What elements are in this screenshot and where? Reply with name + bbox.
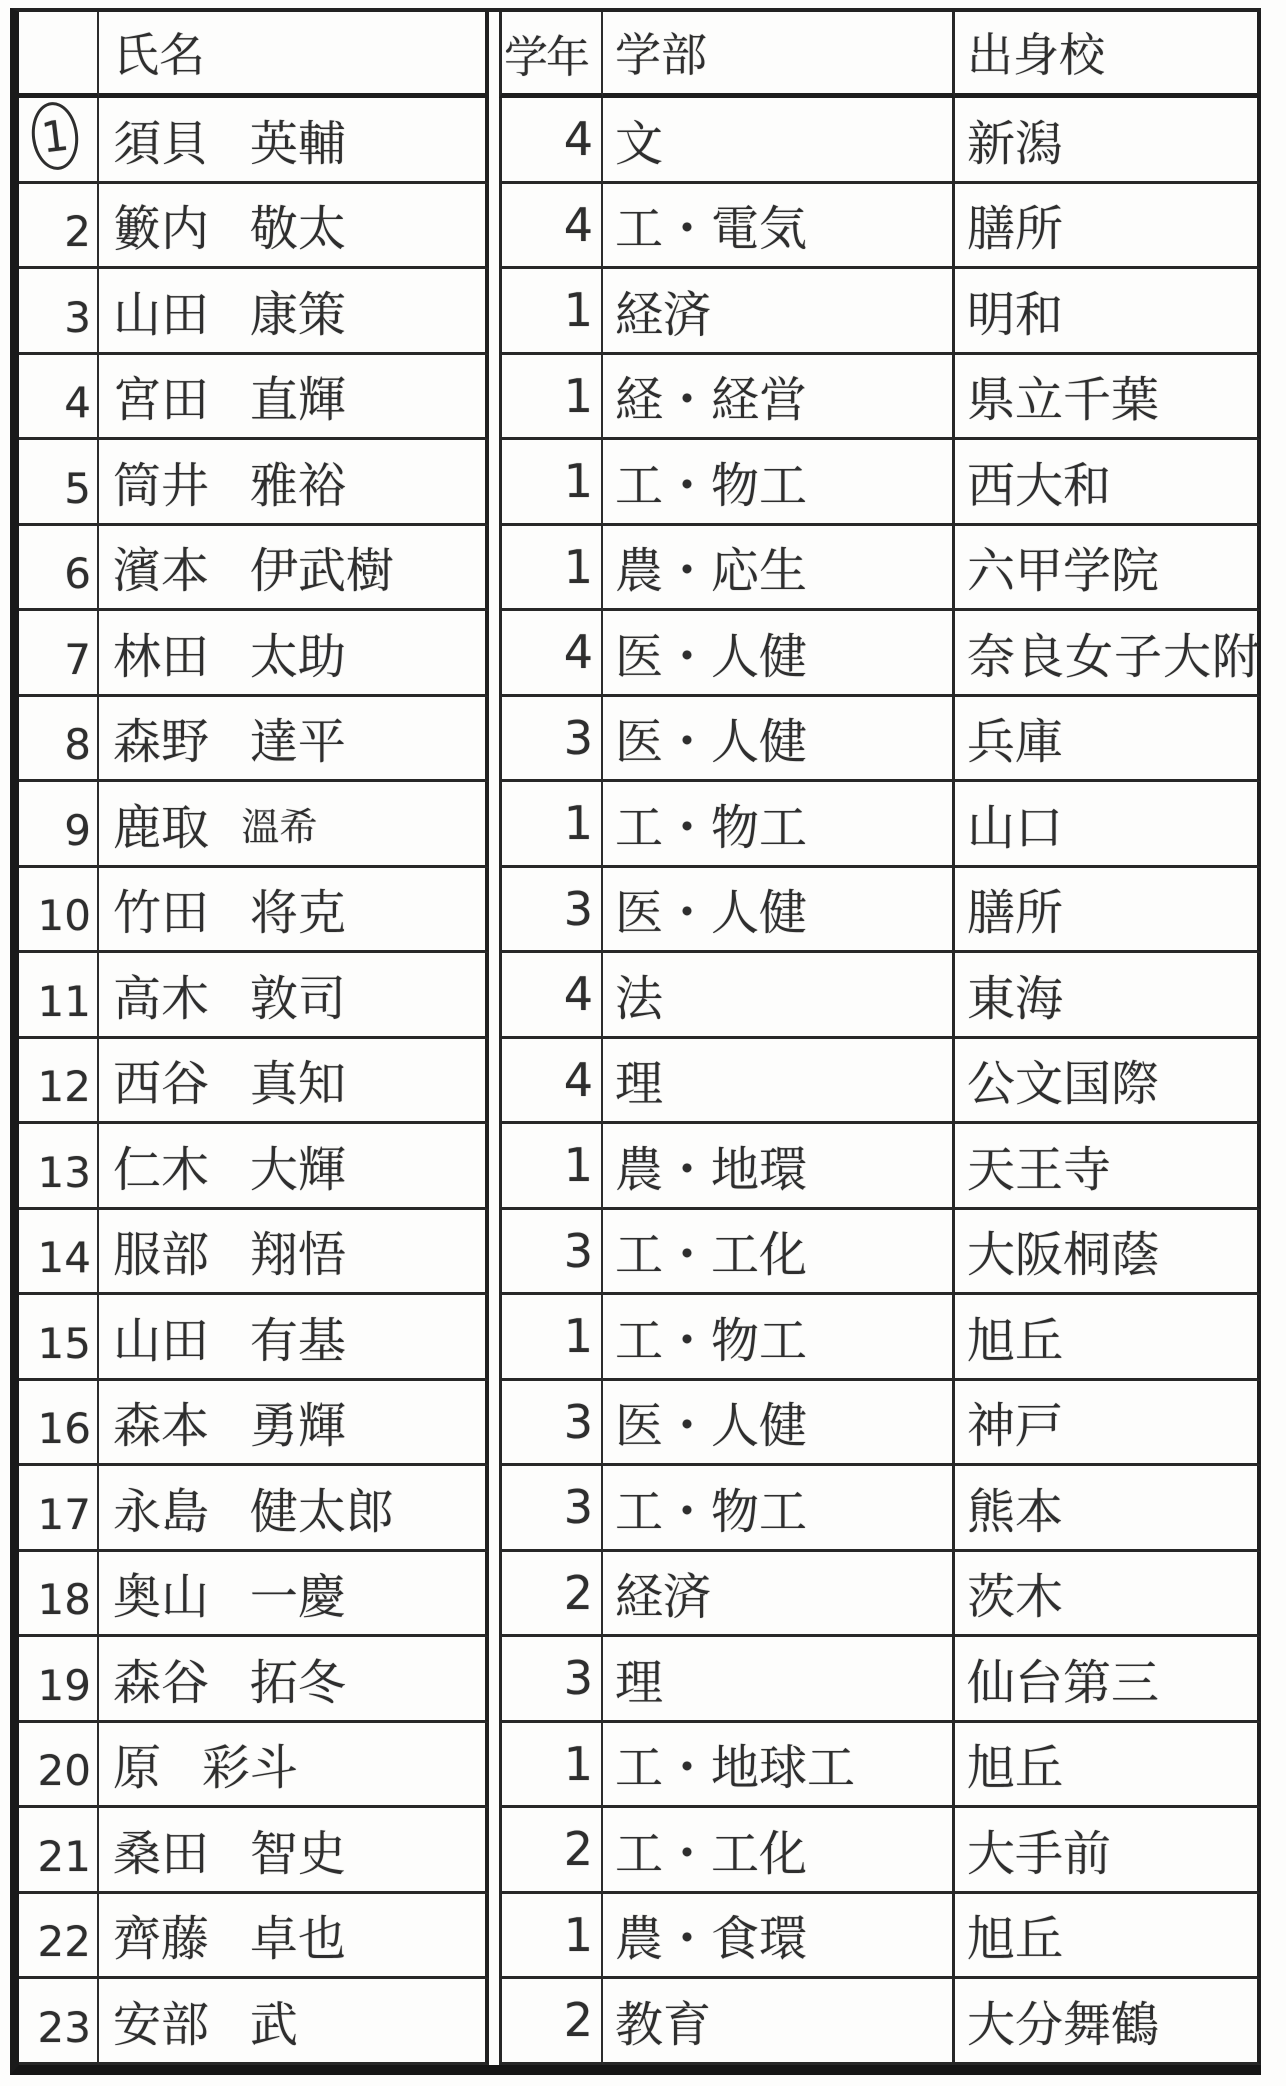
school-cell: 大手前 bbox=[955, 1808, 1261, 1894]
grade-cell: 1 bbox=[499, 269, 603, 355]
header-department-cell: 学部 bbox=[603, 12, 955, 98]
department-cell: 経・経営 bbox=[603, 355, 955, 441]
table-fragment-gap bbox=[489, 269, 499, 355]
row-number: 12 bbox=[38, 1062, 91, 1111]
table-fragment-gap bbox=[489, 98, 499, 184]
circled-number-annotation: 7 bbox=[64, 635, 91, 684]
department-cell: 工・工化 bbox=[603, 1210, 955, 1296]
given-name: 大輝 bbox=[250, 1131, 346, 1200]
department-value: 医・人健 bbox=[615, 1387, 807, 1456]
given-name: 康策 bbox=[250, 276, 346, 345]
table-row: 14 服部翔悟 3 工・工化 大阪桐蔭 bbox=[19, 1210, 1261, 1296]
grade-cell: 4 bbox=[499, 98, 603, 184]
department-cell: 農・地環 bbox=[603, 1124, 955, 1210]
department-value: 農・食環 bbox=[615, 1900, 807, 1969]
department-cell: 工・物工 bbox=[603, 1295, 955, 1381]
row-number: 23 bbox=[38, 2003, 91, 2052]
grade-value: 4 bbox=[564, 198, 593, 252]
grade-value: 4 bbox=[564, 1053, 593, 1107]
table-fragment-gap bbox=[489, 355, 499, 441]
table-row: 23 安部武 2 教育 大分舞鶴 bbox=[19, 1979, 1261, 2065]
school-cell: 山口 bbox=[955, 782, 1261, 868]
school-cell: 旭丘 bbox=[955, 1723, 1261, 1809]
row-number-cell: 23 bbox=[19, 1979, 99, 2065]
table-fragment-gap bbox=[489, 1808, 499, 1894]
department-cell: 理 bbox=[603, 1637, 955, 1723]
grade-value: 3 bbox=[564, 1395, 593, 1449]
grade-value: 2 bbox=[564, 1993, 593, 2047]
table-row: 6 濱本伊武樹 1 農・応生 六甲学院 bbox=[19, 526, 1261, 612]
family-name: 森本 bbox=[113, 1387, 209, 1456]
school-cell: 兵庫 bbox=[955, 697, 1261, 783]
family-name: 籔内 bbox=[113, 190, 209, 259]
name-cell: 林田太助 bbox=[99, 611, 489, 697]
department-value: 工・物工 bbox=[615, 1302, 807, 1371]
table-fragment-gap bbox=[489, 611, 499, 697]
grade-value: 1 bbox=[564, 1138, 593, 1192]
family-name: 桑田 bbox=[113, 1815, 209, 1884]
school-cell: 旭丘 bbox=[955, 1295, 1261, 1381]
table-fragment-gap bbox=[489, 12, 499, 98]
table-row: 13 仁木大輝 1 農・地環 天王寺 bbox=[19, 1124, 1261, 1210]
row-number-cell: 4 bbox=[19, 355, 99, 441]
school-value: 仙台第三 bbox=[967, 1644, 1159, 1713]
given-name: 智史 bbox=[250, 1815, 346, 1884]
name-cell: 安部武 bbox=[99, 1979, 489, 2065]
table-fragment-gap bbox=[489, 1894, 499, 1980]
family-name: 森谷 bbox=[113, 1644, 209, 1713]
table-fragment-gap bbox=[489, 1723, 499, 1809]
row-number-cell: 3 bbox=[19, 269, 99, 355]
department-value: 農・地環 bbox=[615, 1131, 807, 1200]
name-cell: 竹田将克 bbox=[99, 868, 489, 954]
school-value: 旭丘 bbox=[967, 1302, 1063, 1371]
row-number-cell: 14 bbox=[19, 1210, 99, 1296]
family-name: 仁木 bbox=[113, 1131, 209, 1200]
row-number: 6 bbox=[64, 549, 91, 598]
name-cell: 濱本伊武樹 bbox=[99, 526, 489, 612]
row-number: 7 bbox=[64, 635, 91, 684]
grade-value: 1 bbox=[564, 1737, 593, 1791]
department-value: 法 bbox=[615, 960, 663, 1029]
grade-value: 1 bbox=[564, 283, 593, 337]
circled-number-annotation: 13 bbox=[38, 1148, 91, 1197]
family-name: 原 bbox=[113, 1729, 161, 1798]
school-value: 奈良女子大附 bbox=[967, 618, 1261, 687]
circled-number-annotation: 14 bbox=[38, 1233, 91, 1282]
row-number-cell: 10 bbox=[19, 868, 99, 954]
grade-value: 3 bbox=[564, 1480, 593, 1534]
circled-number-annotation: 10 bbox=[38, 891, 91, 940]
circled-number-annotation: 11 bbox=[38, 977, 91, 1026]
circled-number-annotation: 18 bbox=[38, 1575, 91, 1624]
department-value: 工・物工 bbox=[615, 1473, 807, 1542]
grade-cell: 4 bbox=[499, 611, 603, 697]
grade-value: 1 bbox=[564, 540, 593, 594]
department-value: 経済 bbox=[615, 1558, 711, 1627]
table-row: 20 原彩斗 1 工・地球工 旭丘 bbox=[19, 1723, 1261, 1809]
table-row: 22 齊藤卓也 1 農・食環 旭丘 bbox=[19, 1894, 1261, 1980]
table-fragment-gap bbox=[489, 1466, 499, 1552]
row-number-cell: 13 bbox=[19, 1124, 99, 1210]
department-cell: 農・応生 bbox=[603, 526, 955, 612]
department-cell: 教育 bbox=[603, 1979, 955, 2065]
given-name: 卓也 bbox=[250, 1900, 346, 1969]
table-row: 18 奥山一慶 2 経済 茨木 bbox=[19, 1552, 1261, 1638]
given-name: 敬太 bbox=[250, 190, 346, 259]
department-value: 経・経営 bbox=[615, 361, 807, 430]
circled-number-annotation: 6 bbox=[64, 549, 91, 598]
grade-value: 3 bbox=[564, 711, 593, 765]
table-fragment-gap bbox=[489, 184, 499, 270]
row-number-cell: 8 bbox=[19, 697, 99, 783]
grade-cell: 2 bbox=[499, 1552, 603, 1638]
family-name: 服部 bbox=[113, 1216, 209, 1285]
given-name: 伊武樹 bbox=[250, 532, 394, 601]
table-fragment-gap bbox=[489, 697, 499, 783]
table-fragment-gap bbox=[489, 868, 499, 954]
school-value: 茨木 bbox=[967, 1558, 1063, 1627]
school-value: 新潟 bbox=[967, 105, 1063, 174]
family-name: 須貝 bbox=[113, 105, 209, 174]
name-cell: 筒井雅裕 bbox=[99, 440, 489, 526]
row-number: 21 bbox=[38, 1832, 91, 1881]
row-number-cell: 16 bbox=[19, 1381, 99, 1467]
given-name: 真知 bbox=[250, 1045, 346, 1114]
school-value: 大分舞鶴 bbox=[967, 1986, 1159, 2055]
school-cell: 県立千葉 bbox=[955, 355, 1261, 441]
family-name: 山田 bbox=[113, 1302, 209, 1371]
department-value: 工・工化 bbox=[615, 1815, 807, 1884]
table-row: 7 林田太助 4 医・人健 奈良女子大附 bbox=[19, 611, 1261, 697]
school-value: 旭丘 bbox=[967, 1900, 1063, 1969]
name-cell: 永島健太郎 bbox=[99, 1466, 489, 1552]
circled-number-annotation: 1 bbox=[28, 100, 82, 173]
name-cell: 森谷拓冬 bbox=[99, 1637, 489, 1723]
grade-cell: 1 bbox=[499, 1124, 603, 1210]
name-cell: 森本勇輝 bbox=[99, 1381, 489, 1467]
circled-number-annotation: 12 bbox=[38, 1062, 91, 1111]
grade-cell: 1 bbox=[499, 440, 603, 526]
circled-number-annotation: 20 bbox=[38, 1746, 91, 1795]
department-value: 工・電気 bbox=[615, 190, 807, 259]
table-fragment-gap bbox=[489, 526, 499, 612]
school-cell: 神戸 bbox=[955, 1381, 1261, 1467]
row-number: 9 bbox=[64, 806, 91, 855]
row-number: 1 bbox=[39, 110, 72, 162]
row-number: 13 bbox=[38, 1148, 91, 1197]
table-row: 8 森野達平 3 医・人健 兵庫 bbox=[19, 697, 1261, 783]
school-cell: 大阪桐蔭 bbox=[955, 1210, 1261, 1296]
given-name: 健太郎 bbox=[250, 1473, 394, 1542]
row-number-cell: 18 bbox=[19, 1552, 99, 1638]
header-name-label: 氏名 bbox=[113, 19, 205, 85]
name-cell: 高木敦司 bbox=[99, 953, 489, 1039]
circled-number-annotation: 22 bbox=[38, 1917, 91, 1966]
grade-value: 3 bbox=[564, 882, 593, 936]
school-value: 熊本 bbox=[967, 1473, 1063, 1542]
name-cell: 原彩斗 bbox=[99, 1723, 489, 1809]
name-cell: 服部翔悟 bbox=[99, 1210, 489, 1296]
department-value: 医・人健 bbox=[615, 618, 807, 687]
school-cell: 東海 bbox=[955, 953, 1261, 1039]
department-value: 理 bbox=[615, 1045, 663, 1114]
table-row: 16 森本勇輝 3 医・人健 神戸 bbox=[19, 1381, 1261, 1467]
given-name: 一慶 bbox=[250, 1558, 346, 1627]
given-name: 敦司 bbox=[250, 960, 346, 1029]
given-name: 将克 bbox=[250, 874, 346, 943]
grade-cell: 1 bbox=[499, 1894, 603, 1980]
table-row: 11 高木敦司 4 法 東海 bbox=[19, 953, 1261, 1039]
name-cell: 山田有基 bbox=[99, 1295, 489, 1381]
grade-value: 3 bbox=[564, 1224, 593, 1278]
department-cell: 工・物工 bbox=[603, 1466, 955, 1552]
school-value: 県立千葉 bbox=[967, 361, 1159, 430]
family-name: 竹田 bbox=[113, 874, 209, 943]
department-value: 工・工化 bbox=[615, 1216, 807, 1285]
department-cell: 医・人健 bbox=[603, 1381, 955, 1467]
table-row: 19 森谷拓冬 3 理 仙台第三 bbox=[19, 1637, 1261, 1723]
grade-value: 4 bbox=[564, 112, 593, 166]
row-number: 2 bbox=[64, 207, 91, 256]
circled-number-annotation: 15 bbox=[38, 1319, 91, 1368]
header-row: 氏名 学年 学部 出身校 bbox=[19, 12, 1261, 98]
table-row: 3 山田康策 1 経済 明和 bbox=[19, 269, 1261, 355]
school-value: 公文国際 bbox=[967, 1045, 1159, 1114]
given-name: 武 bbox=[250, 1986, 298, 2055]
school-cell: 明和 bbox=[955, 269, 1261, 355]
school-cell: 天王寺 bbox=[955, 1124, 1261, 1210]
given-name: 翔悟 bbox=[250, 1216, 346, 1285]
school-value: 旭丘 bbox=[967, 1729, 1063, 1798]
department-value: 農・応生 bbox=[615, 532, 807, 601]
school-cell: 膳所 bbox=[955, 184, 1261, 270]
name-cell: 齊藤卓也 bbox=[99, 1894, 489, 1980]
name-cell: 西谷真知 bbox=[99, 1039, 489, 1125]
school-value: 膳所 bbox=[967, 874, 1063, 943]
department-value: 工・物工 bbox=[615, 789, 807, 858]
table-fragment-gap bbox=[489, 1295, 499, 1381]
school-value: 大手前 bbox=[967, 1815, 1111, 1884]
table-row: 10 竹田将克 3 医・人健 膳所 bbox=[19, 868, 1261, 954]
grade-cell: 2 bbox=[499, 1808, 603, 1894]
department-cell: 農・食環 bbox=[603, 1894, 955, 1980]
department-cell: 文 bbox=[603, 98, 955, 184]
grade-value: 2 bbox=[564, 1822, 593, 1876]
name-cell: 桑田智史 bbox=[99, 1808, 489, 1894]
department-cell: 工・地球工 bbox=[603, 1723, 955, 1809]
table-row: 12 西谷真知 4 理 公文国際 bbox=[19, 1039, 1261, 1125]
header-number-cell bbox=[19, 12, 99, 98]
table-fragment-gap bbox=[489, 1124, 499, 1210]
department-cell: 経済 bbox=[603, 1552, 955, 1638]
grade-cell: 3 bbox=[499, 1210, 603, 1296]
school-cell: 仙台第三 bbox=[955, 1637, 1261, 1723]
school-cell: 茨木 bbox=[955, 1552, 1261, 1638]
circled-number-annotation: 19 bbox=[38, 1661, 91, 1710]
department-cell: 工・物工 bbox=[603, 440, 955, 526]
row-number-cell: 6 bbox=[19, 526, 99, 612]
table-row: 4 宮田直輝 1 経・経営 県立千葉 bbox=[19, 355, 1261, 441]
given-name: 彩斗 bbox=[202, 1729, 298, 1798]
school-cell: 奈良女子大附 bbox=[955, 611, 1261, 697]
grade-value: 1 bbox=[564, 1309, 593, 1363]
school-cell: 公文国際 bbox=[955, 1039, 1261, 1125]
row-number-cell: 5 bbox=[19, 440, 99, 526]
family-name: 永島 bbox=[113, 1473, 209, 1542]
row-number: 8 bbox=[64, 720, 91, 769]
given-name: 雅裕 bbox=[250, 447, 346, 516]
family-name: 森野 bbox=[113, 703, 209, 772]
school-value: 東海 bbox=[967, 960, 1063, 1029]
row-number: 17 bbox=[38, 1490, 91, 1539]
school-value: 六甲学院 bbox=[967, 532, 1159, 601]
grade-cell: 3 bbox=[499, 1466, 603, 1552]
grade-value: 1 bbox=[564, 454, 593, 508]
table-row: 1 須貝英輔 4 文 新潟 bbox=[19, 98, 1261, 184]
department-cell: 工・工化 bbox=[603, 1808, 955, 1894]
row-number-cell: 20 bbox=[19, 1723, 99, 1809]
school-cell: 大分舞鶴 bbox=[955, 1979, 1261, 2065]
row-number: 16 bbox=[38, 1404, 91, 1453]
family-name: 筒井 bbox=[113, 447, 209, 516]
row-number-cell: 9 bbox=[19, 782, 99, 868]
given-name: 拓冬 bbox=[250, 1644, 346, 1713]
department-value: 理 bbox=[615, 1644, 663, 1713]
table-fragment-gap bbox=[489, 1552, 499, 1638]
department-cell: 医・人健 bbox=[603, 697, 955, 783]
circled-number-annotation: 17 bbox=[38, 1490, 91, 1539]
header-grade-cell: 学年 bbox=[499, 12, 603, 98]
family-name: 山田 bbox=[113, 276, 209, 345]
name-cell: 鹿取溫希 bbox=[99, 782, 489, 868]
row-number-cell: 2 bbox=[19, 184, 99, 270]
department-value: 工・地球工 bbox=[615, 1729, 855, 1798]
school-value: 天王寺 bbox=[967, 1131, 1111, 1200]
family-name: 林田 bbox=[113, 618, 209, 687]
grade-value: 4 bbox=[564, 967, 593, 1021]
school-cell: 六甲学院 bbox=[955, 526, 1261, 612]
row-number: 15 bbox=[38, 1319, 91, 1368]
table-row: 21 桑田智史 2 工・工化 大手前 bbox=[19, 1808, 1261, 1894]
department-cell: 医・人健 bbox=[603, 868, 955, 954]
family-name: 鹿取 bbox=[113, 789, 209, 858]
circled-number-annotation: 3 bbox=[64, 293, 91, 342]
department-value: 医・人健 bbox=[615, 874, 807, 943]
department-value: 工・物工 bbox=[615, 447, 807, 516]
row-number-cell: 19 bbox=[19, 1637, 99, 1723]
family-name: 西谷 bbox=[113, 1045, 209, 1114]
school-cell: 熊本 bbox=[955, 1466, 1261, 1552]
given-name: 直輝 bbox=[250, 361, 346, 430]
family-name: 濱本 bbox=[113, 532, 209, 601]
grade-cell: 3 bbox=[499, 1637, 603, 1723]
school-cell: 膳所 bbox=[955, 868, 1261, 954]
table-row: 15 山田有基 1 工・物工 旭丘 bbox=[19, 1295, 1261, 1381]
grade-cell: 3 bbox=[499, 1381, 603, 1467]
family-name: 高木 bbox=[113, 960, 209, 1029]
name-cell: 宮田直輝 bbox=[99, 355, 489, 441]
name-cell: 山田康策 bbox=[99, 269, 489, 355]
grade-cell: 3 bbox=[499, 697, 603, 783]
name-cell: 須貝英輔 bbox=[99, 98, 489, 184]
roster-table: 氏名 学年 学部 出身校 1 須貝英輔 4 文 新潟 2 籔内敬太 4 工・電気… bbox=[10, 8, 1261, 2075]
school-value: 山口 bbox=[967, 789, 1063, 858]
table-fragment-gap bbox=[489, 1210, 499, 1296]
school-cell: 旭丘 bbox=[955, 1894, 1261, 1980]
row-number: 20 bbox=[38, 1746, 91, 1795]
school-value: 大阪桐蔭 bbox=[967, 1216, 1159, 1285]
department-cell: 理 bbox=[603, 1039, 955, 1125]
family-name: 宮田 bbox=[113, 361, 209, 430]
school-value: 兵庫 bbox=[967, 703, 1063, 772]
row-number-cell: 21 bbox=[19, 1808, 99, 1894]
header-name-cell: 氏名 bbox=[99, 12, 489, 98]
grade-cell: 1 bbox=[499, 782, 603, 868]
row-number: 18 bbox=[38, 1575, 91, 1624]
family-name: 安部 bbox=[113, 1986, 209, 2055]
grade-cell: 2 bbox=[499, 1979, 603, 2065]
name-cell: 奥山一慶 bbox=[99, 1552, 489, 1638]
department-cell: 工・物工 bbox=[603, 782, 955, 868]
given-name: 英輔 bbox=[250, 105, 346, 174]
circled-number-annotation: 23 bbox=[38, 2003, 91, 2052]
grade-value: 1 bbox=[564, 369, 593, 423]
school-value: 神戸 bbox=[967, 1387, 1063, 1456]
department-value: 医・人健 bbox=[615, 703, 807, 772]
row-number: 11 bbox=[38, 977, 91, 1026]
grade-cell: 3 bbox=[499, 868, 603, 954]
given-name: 有基 bbox=[250, 1302, 346, 1371]
row-number: 10 bbox=[38, 891, 91, 940]
row-number: 5 bbox=[64, 464, 91, 513]
row-number: 22 bbox=[38, 1917, 91, 1966]
grade-cell: 4 bbox=[499, 184, 603, 270]
row-number-cell: 11 bbox=[19, 953, 99, 1039]
circled-number-annotation: 8 bbox=[64, 720, 91, 769]
row-number: 4 bbox=[64, 378, 91, 427]
department-cell: 医・人健 bbox=[603, 611, 955, 697]
row-number-cell: 17 bbox=[19, 1466, 99, 1552]
grade-value: 1 bbox=[564, 796, 593, 850]
circled-number-annotation: 5 bbox=[64, 464, 91, 513]
given-name: 達平 bbox=[250, 703, 346, 772]
circled-number-annotation: 21 bbox=[38, 1832, 91, 1881]
given-name: 勇輝 bbox=[250, 1387, 346, 1456]
name-cell: 仁木大輝 bbox=[99, 1124, 489, 1210]
table-row: 5 筒井雅裕 1 工・物工 西大和 bbox=[19, 440, 1261, 526]
circled-number-annotation: 4 bbox=[64, 378, 91, 427]
table-row: 2 籔内敬太 4 工・電気 膳所 bbox=[19, 184, 1261, 270]
school-cell: 新潟 bbox=[955, 98, 1261, 184]
school-value: 西大和 bbox=[967, 447, 1111, 516]
row-number: 14 bbox=[38, 1233, 91, 1282]
table-fragment-gap bbox=[489, 1637, 499, 1723]
circled-number-annotation: 2 bbox=[64, 207, 91, 256]
table-row: 9 鹿取溫希 1 工・物工 山口 bbox=[19, 782, 1261, 868]
row-number-cell: 12 bbox=[19, 1039, 99, 1125]
table-fragment-gap bbox=[489, 440, 499, 526]
header-school-label: 出身校 bbox=[967, 19, 1105, 85]
grade-value: 4 bbox=[564, 625, 593, 679]
table-fragment-gap bbox=[489, 1381, 499, 1467]
table-fragment-gap bbox=[489, 1039, 499, 1125]
family-name: 奥山 bbox=[113, 1558, 209, 1627]
table-fragment-gap bbox=[489, 1979, 499, 2065]
grade-cell: 1 bbox=[499, 526, 603, 612]
grade-cell: 4 bbox=[499, 953, 603, 1039]
grade-cell: 4 bbox=[499, 1039, 603, 1125]
